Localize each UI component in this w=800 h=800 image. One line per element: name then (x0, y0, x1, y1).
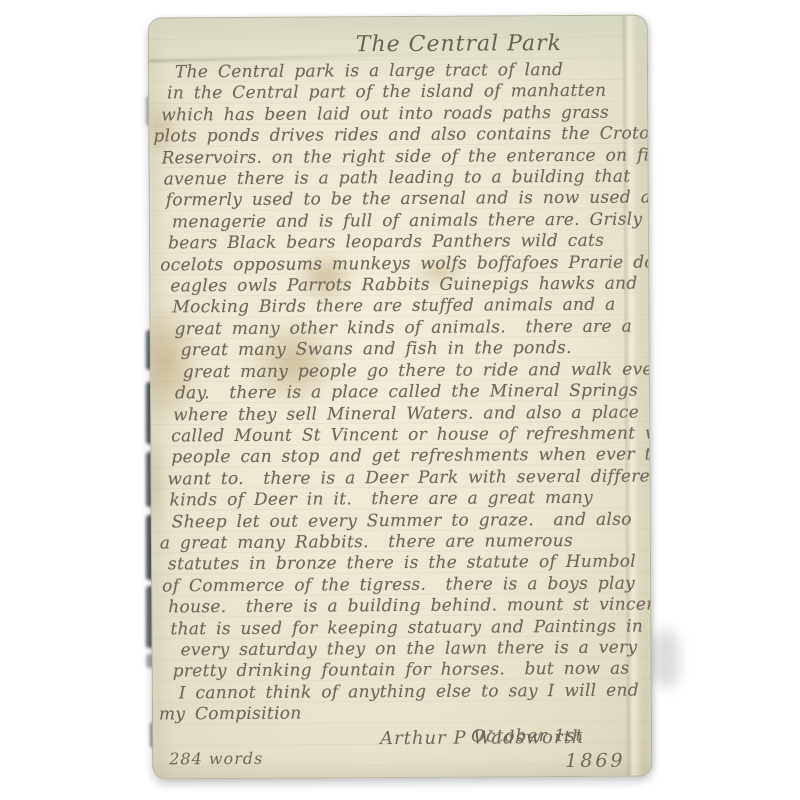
manuscript-line: which has been laid out into roads paths… (161, 102, 647, 126)
tray-edge-shadow (652, 630, 680, 688)
date: October 1st (471, 726, 583, 747)
manuscript-line: eagles owls Parrots Rabbits Guinepigs ha… (170, 274, 648, 298)
manuscript-line: plots ponds drives rides and also contai… (153, 124, 647, 148)
manuscript-line: pretty drinking fountain for horses. but… (173, 659, 651, 683)
manuscript-line: I cannot think of anything else to say I… (179, 680, 651, 704)
manuscript-line: great many people go there to ride and w… (183, 359, 649, 383)
manuscript-line: of Commerce of the tigress. there is a b… (162, 573, 650, 597)
manuscript-line: bears Black bears leopards Panthers wild… (168, 231, 648, 255)
manuscript-line: that is used for keeping statuary and Pa… (170, 616, 650, 640)
essay-title: The Central Park (216, 27, 653, 62)
manuscript-line: statutes in bronze there is the statute … (168, 552, 650, 576)
manuscript-line: The Central park is a large tract of lan… (175, 59, 647, 83)
manuscript-line: great many other kinds of animals. there… (175, 316, 649, 340)
manuscript-line: great many Swans and fish in the ponds. (181, 338, 649, 362)
manuscript-line: house. there is a building behind. mount… (168, 595, 650, 619)
manuscript-line: in the Central part of the island of man… (167, 81, 647, 105)
manuscript-line: formerly used to be the arsenal and is n… (166, 188, 648, 212)
manuscript-line: my Compisition (159, 702, 651, 726)
manuscript-content: The Central Park The Central park is a l… (149, 15, 652, 778)
manuscript-line: kinds of Deer in it. there are a great m… (170, 488, 650, 512)
manuscript-line: Sheep let out every Summer to graze. and… (172, 509, 650, 533)
year: 1869 (565, 750, 625, 772)
manuscript-line: people can stop and get refreshments whe… (171, 445, 649, 469)
manuscript-line: want to. there is a Deer Park with sever… (167, 466, 649, 490)
manuscript-line: ocelots opposums munkeys wolfs boffafoes… (160, 252, 648, 276)
manuscript-line: every saturday they on the lawn there is… (180, 637, 650, 661)
manuscript-line: where they sell Mineral Waters. and also… (173, 402, 649, 426)
photo-background: { "document": { "title": "The Central Pa… (0, 0, 800, 800)
manuscript-lines: The Central park is a large tract of lan… (161, 59, 651, 726)
manuscript-line: Reservoirs. on the right side of the ent… (161, 145, 647, 169)
word-count: 284 words (169, 749, 263, 769)
handwritten-composition-tray: The Central Park The Central park is a l… (148, 14, 653, 779)
manuscript-line: called Mount St Vincent or house of refr… (171, 423, 649, 447)
manuscript-line: menagerie and is full of animals there a… (172, 209, 648, 233)
manuscript-line: a great many Rabbits. there are numerous (160, 530, 650, 554)
manuscript-line: Mocking Birds there are stuffed animals … (172, 295, 648, 319)
manuscript-line: day. there is a place called the Mineral… (175, 381, 649, 405)
manuscript-line: avenue there is a path leading to a buil… (164, 167, 648, 191)
